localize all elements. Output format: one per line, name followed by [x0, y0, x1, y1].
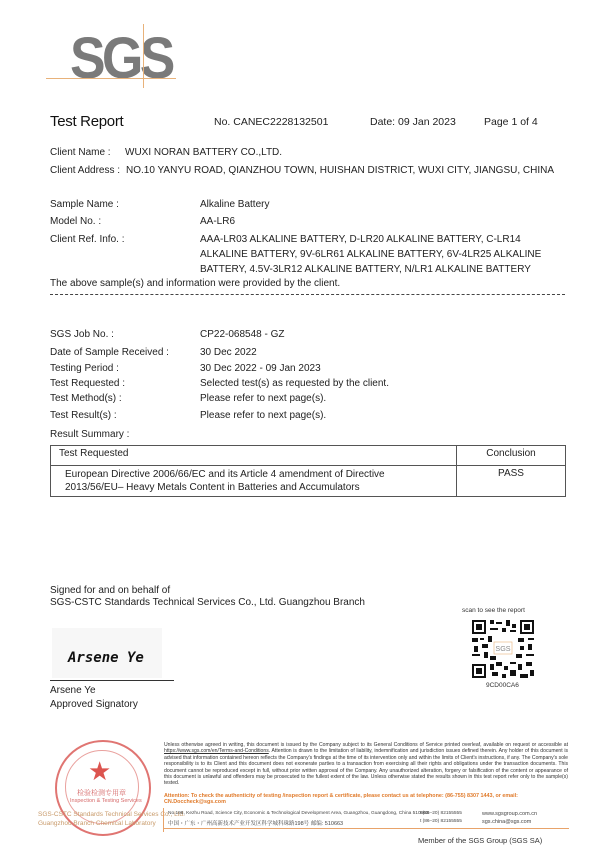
date-received: 30 Dec 2022: [200, 347, 257, 358]
result-summary-label: Result Summary :: [50, 429, 129, 440]
sample-provided-note: The above sample(s) and information were…: [50, 278, 340, 289]
disclaimer-text-end: . Attention is drawn to the limitation o…: [164, 748, 568, 786]
dashed-separator: [50, 294, 565, 295]
signatory-name: Arsene Ye: [50, 685, 96, 696]
table-header-row: Test Requested Conclusion: [51, 446, 566, 466]
test-requested-line-1: European Directive 2006/66/EC and its Ar…: [65, 468, 448, 481]
address-english: No.198, Kezhu Road, Science City, Econom…: [168, 811, 429, 816]
testing-period-label: Testing Period :: [50, 363, 119, 374]
svg-text:SGS: SGS: [495, 644, 510, 653]
table-row: European Directive 2006/66/EC and its Ar…: [51, 466, 566, 497]
legal-disclaimer: Unless otherwise agreed in writing, this…: [164, 742, 568, 787]
seal-english-text: Inspection & Testing Services: [70, 798, 142, 804]
sgs-logo: SGS: [62, 28, 174, 90]
star-icon: ★: [88, 758, 111, 784]
signed-for-text: Signed for and on behalf of: [50, 585, 170, 596]
signatory-title: Approved Signatory: [50, 699, 138, 710]
test-method: Please refer to next page(s).: [200, 393, 326, 404]
phone-1: t (86–20) 82155555: [420, 811, 462, 816]
document-title: Test Report: [50, 113, 123, 130]
terms-link[interactable]: https://www.sgs.com/en/Terms-and-Conditi…: [164, 748, 269, 754]
sgs-logo-text: SGS: [70, 28, 172, 90]
sample-name: Alkaline Battery: [200, 199, 269, 210]
seal-chinese-text: 检验检测专用章: [77, 788, 126, 798]
report-date: Date: 09 Jan 2023: [370, 116, 456, 128]
signature-line: [50, 680, 174, 681]
logo-rule-vertical: [143, 24, 144, 88]
testing-period: 30 Dec 2022 - 09 Jan 2023: [200, 363, 321, 374]
authenticity-notice: Attention: To check the authenticity of …: [164, 793, 568, 806]
client-address: NO.10 YANYU ROAD, QIANZHOU TOWN, HUISHAN…: [126, 165, 554, 176]
test-requested-line-2: 2013/56/EU– Heavy Metals Content in Batt…: [65, 481, 448, 494]
sgs-membership-text: Member of the SGS Group (SGS SA): [418, 836, 542, 845]
signing-company: SGS-CSTC Standards Technical Services Co…: [50, 597, 365, 608]
client-ref-label: Client Ref. Info. :: [50, 234, 124, 245]
test-result: Please refer to next page(s).: [200, 410, 326, 421]
sample-name-label: Sample Name :: [50, 199, 119, 210]
model-no: AA-LR6: [200, 216, 235, 227]
qr-verification-code: 9CD00CA6: [486, 682, 519, 689]
client-name: WUXI NORAN BATTERY CO.,LTD.: [125, 147, 282, 158]
date-received-label: Date of Sample Received :: [50, 347, 169, 358]
header-test-requested: Test Requested: [51, 446, 457, 466]
model-no-label: Model No. :: [50, 216, 101, 227]
test-method-label: Test Method(s) :: [50, 393, 122, 404]
test-result-label: Test Result(s) :: [50, 410, 117, 421]
report-number: No. CANEC2228132501: [214, 116, 328, 128]
job-no: CP22-068548 - GZ: [200, 329, 285, 340]
handwritten-signature: Arsene Ye: [68, 650, 144, 666]
job-no-label: SGS Job No. :: [50, 329, 114, 340]
client-name-label: Client Name :: [50, 147, 111, 158]
test-requested-cell: European Directive 2006/66/EC and its Ar…: [51, 466, 457, 497]
phone-2: t (86–20) 82155555: [420, 819, 462, 824]
test-requested: Selected test(s) as requested by the cli…: [200, 378, 389, 389]
conclusion-cell: PASS: [457, 466, 566, 497]
client-ref-line-1: AAA-LR03 ALKALINE BATTERY, D-LR20 ALKALI…: [200, 234, 521, 245]
logo-rule-horizontal: [46, 78, 176, 79]
client-ref-line-3: BATTERY, 4.5V-3LR12 ALKALINE BATTERY, N/…: [200, 264, 531, 275]
page-indicator: Page 1 of 4: [484, 116, 538, 128]
result-summary-table: Test Requested Conclusion European Direc…: [50, 445, 566, 497]
test-requested-label: Test Requested :: [50, 378, 125, 389]
website-link[interactable]: www.sgsgroup.com.cn: [482, 811, 537, 817]
client-address-label: Client Address :: [50, 165, 120, 176]
client-ref-line-2: ALKALINE BATTERY, 9V-6LR61 ALKALINE BATT…: [200, 249, 541, 260]
footer-rule-horizontal: [163, 828, 569, 829]
qr-caption: scan to see the report: [462, 607, 525, 614]
disclaimer-text-start: Unless otherwise agreed in writing, this…: [164, 742, 568, 748]
email-link[interactable]: sgs.china@sgs.com: [482, 819, 531, 825]
address-chinese: 中国・广东・广州高新技术产业开发区科学城科珠路198号 邮编: 510663: [168, 819, 343, 827]
qr-code-icon[interactable]: SGS: [470, 618, 536, 680]
header-conclusion: Conclusion: [457, 446, 566, 466]
